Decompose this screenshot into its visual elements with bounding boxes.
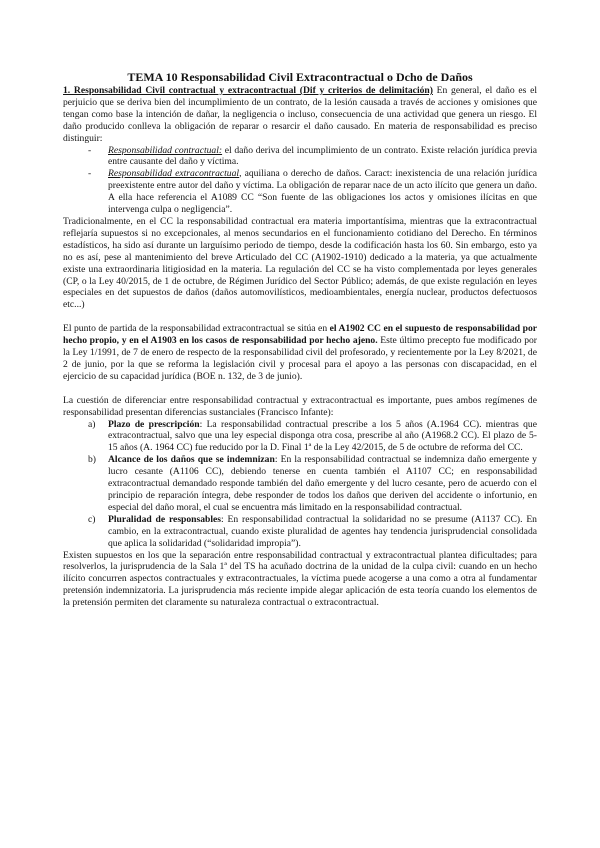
text-run: El punto de partida de la responsabilida…: [63, 323, 330, 334]
paragraph: La cuestión de diferenciar entre respons…: [63, 395, 537, 419]
text-run: Existen supuestos en los que la separaci…: [63, 550, 537, 609]
list-marker: a): [88, 419, 108, 455]
text-run: Responsabilidad extracontractual: [108, 168, 239, 179]
paragraph: Tradicionalmente, en el CC la responsabi…: [63, 216, 537, 311]
text-run: Responsabilidad contractual:: [108, 145, 222, 156]
list-item: c)Pluralidad de responsables: En respons…: [63, 514, 537, 550]
list-item-text: Responsabilidad contractual: el daño der…: [108, 145, 537, 169]
letter-list: a)Plazo de prescripción: La responsabili…: [63, 419, 537, 550]
list-marker: -: [88, 145, 108, 169]
list-item-text: Responsabilidad extracontractual, aquili…: [108, 168, 537, 216]
paragraph: 1. Responsabilidad Civil contractual y e…: [63, 85, 537, 145]
list-marker: -: [88, 168, 108, 216]
list-marker: c): [88, 514, 108, 550]
dash-list: -Responsabilidad contractual: el daño de…: [63, 145, 537, 216]
text-run: La cuestión de diferenciar entre respons…: [63, 395, 537, 418]
paragraph: Existen supuestos en los que la separaci…: [63, 550, 537, 610]
text-run: Plazo de prescripción: [108, 419, 200, 430]
list-item-text: Alcance de los daños que se indemnizan: …: [108, 454, 537, 514]
text-run: Tradicionalmente, en el CC la responsabi…: [63, 216, 537, 310]
list-marker: b): [88, 454, 108, 514]
document-page: TEMA 10 Responsabilidad Civil Extracontr…: [0, 0, 600, 848]
text-run: Alcance de los daños que se indemnizan: [108, 454, 275, 465]
list-item-text: Plazo de prescripción: La responsabilida…: [108, 419, 537, 455]
document-body: 1. Responsabilidad Civil contractual y e…: [63, 85, 537, 609]
list-item: -Responsabilidad extracontractual, aquil…: [63, 168, 537, 216]
text-run: Pluralidad de responsables: [108, 514, 221, 525]
list-item: a)Plazo de prescripción: La responsabili…: [63, 419, 537, 455]
list-item: b)Alcance de los daños que se indemnizan…: [63, 454, 537, 514]
list-item: -Responsabilidad contractual: el daño de…: [63, 145, 537, 169]
list-item-text: Pluralidad de responsables: En responsab…: [108, 514, 537, 550]
text-run: 1. Responsabilidad Civil contractual y e…: [63, 85, 433, 96]
document-title: TEMA 10 Responsabilidad Civil Extracontr…: [63, 70, 537, 84]
paragraph: El punto de partida de la responsabilida…: [63, 323, 537, 383]
